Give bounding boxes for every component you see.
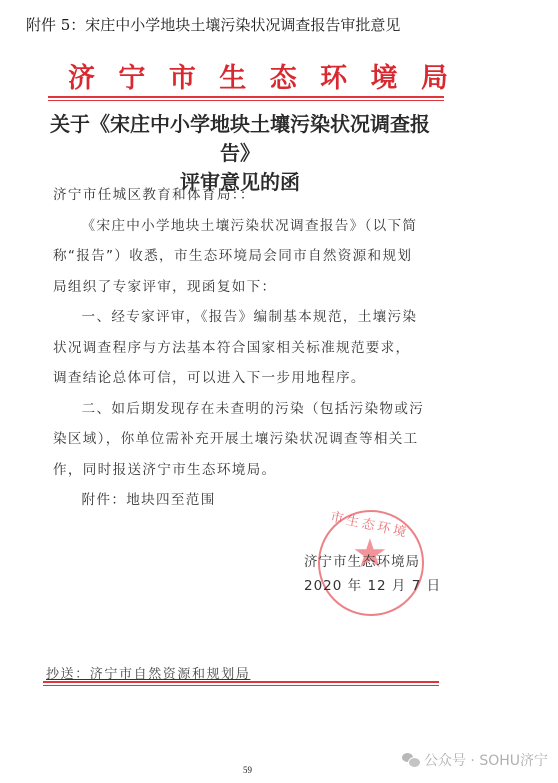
- title-line-1: 关于《宋庄中小学地块土壤污染状况调查报告》: [50, 110, 430, 168]
- letterhead-char: 市: [169, 56, 196, 95]
- letterhead-char: 环: [320, 56, 347, 95]
- letterhead-rule-thin: [48, 100, 444, 101]
- footer-rule-thick: [43, 681, 439, 683]
- signature-block: 济宁市生态环境局 2020 年 12 月 7 日: [304, 550, 441, 598]
- letterhead-char: 境: [371, 56, 398, 95]
- cc-line: 抄送：济宁市自然资源和规划局: [46, 663, 250, 682]
- wechat-icon: [402, 753, 420, 767]
- issuer-name: 济宁市生态环境局: [304, 550, 441, 574]
- paragraph-intro: 《宋庄中小学地块土壤污染状况调查报告》（以下简称“报告”）收悉，市生态环境局会同…: [53, 211, 425, 303]
- watermark: 公众号 · SOHU济宁: [402, 750, 548, 770]
- watermark-text: 公众号 · SOHU济宁: [424, 750, 548, 770]
- paragraph-point-1: 一、经专家评审，《报告》编制基本规范，土壤污染状况调查程序与方法基本符合国家相关…: [53, 302, 425, 394]
- issue-date: 2020 年 12 月 7 日: [304, 574, 441, 598]
- letterhead-char: 济: [68, 56, 95, 95]
- letter-body: 济宁市任城区教育和体育局：： 《宋庄中小学地块土壤污染状况调查报告》（以下简称“…: [53, 180, 425, 516]
- salutation: 济宁市任城区教育和体育局：：: [53, 180, 425, 211]
- letterhead-char: 态: [270, 56, 297, 95]
- letterhead-char: 生: [219, 56, 246, 95]
- paragraph-point-2: 二、如后期发现存在未查明的污染（包括污染物或污染区域），你单位需补充开展土壤污染…: [53, 394, 425, 486]
- letterhead-char: 宁: [118, 56, 145, 95]
- footer-rule-thin: [43, 685, 439, 686]
- letterhead-rule-thick: [48, 96, 444, 98]
- letterhead-char: 局: [421, 56, 448, 95]
- attachment-caption: 附件 5：宋庄中小学地块土壤污染状况调查报告审批意见: [26, 14, 400, 35]
- letterhead-agency-name: 济 宁 市 生 态 环 境 局: [68, 56, 448, 95]
